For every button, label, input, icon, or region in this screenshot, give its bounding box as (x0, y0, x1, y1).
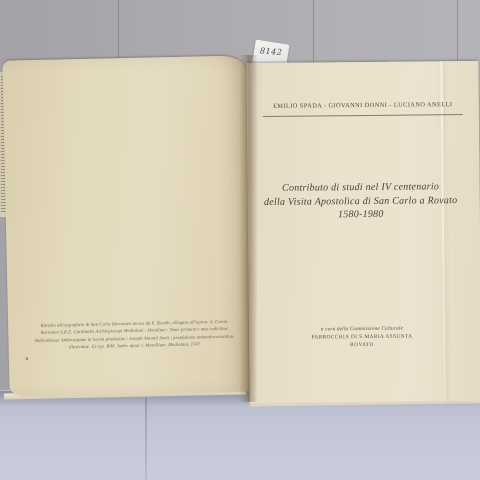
open-book-photo: 8142 Ritratto all'acquaforte di San Carl… (0, 0, 480, 480)
left-page: Ritratto all'acquaforte di San Carlo Bor… (2, 55, 252, 396)
title-line: Contributo di studi nel IV centenario (254, 180, 468, 196)
imprint-line: ROVATO (255, 340, 469, 350)
wall-seam (313, 0, 314, 70)
paper-speck (26, 357, 28, 360)
title-line: della Visita Apostolica di San Carlo a R… (254, 194, 468, 210)
table-seam (145, 398, 147, 480)
wall-seam (118, 0, 119, 64)
authors-line: EMILIO SPADA - GIOVANNI DONNI - LUCIANO … (263, 101, 463, 110)
etching-caption: Ritratto all'acquaforte di San Carlo Bor… (34, 318, 235, 352)
book-title: Contributo di studi nel IV centenario de… (254, 180, 468, 223)
inventory-number: 8142 (254, 46, 289, 57)
title-page: EMILIO SPADA - GIOVANNI DONNI - LUCIANO … (246, 61, 480, 403)
title-line: 1580-1980 (254, 207, 468, 223)
book-gutter-shadow (239, 55, 257, 402)
imprint-block: a cura della Commissione Culturale PARRO… (255, 324, 469, 350)
authors-rule: EMILIO SPADA - GIOVANNI DONNI - LUCIANO … (263, 101, 463, 117)
